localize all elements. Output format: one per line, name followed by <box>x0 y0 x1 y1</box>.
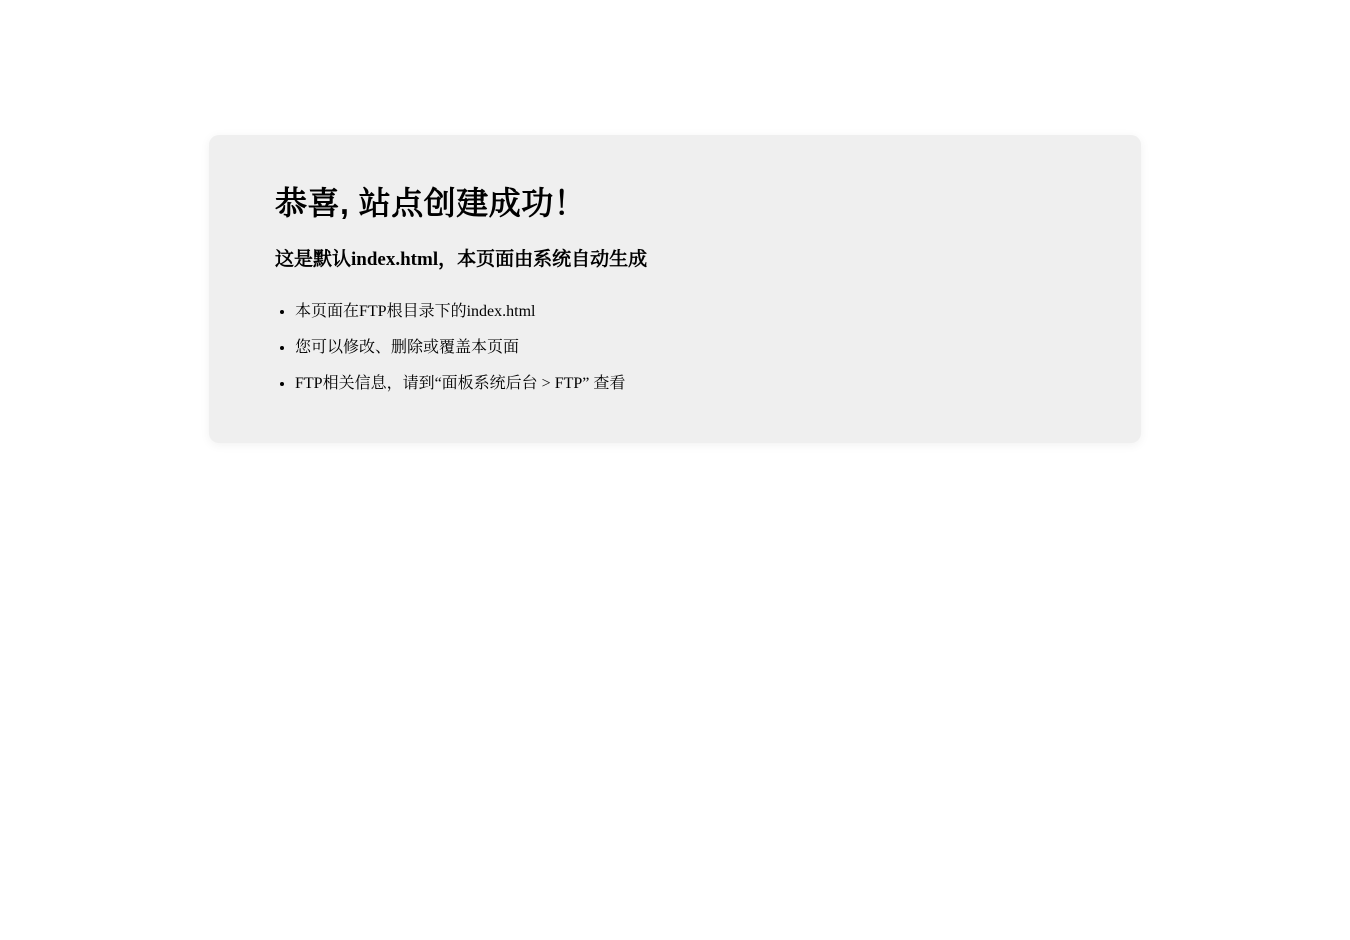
list-item: 您可以修改、删除或覆盖本页面 <box>295 338 1075 358</box>
info-bullet-list: 本页面在FTP根目录下的index.html 您可以修改、删除或覆盖本页面 FT… <box>275 302 1075 394</box>
success-subtitle: 这是默认index.html，本页面由系统自动生成 <box>275 249 1075 272</box>
success-title: 恭喜, 站点创建成功！ <box>275 185 1075 222</box>
site-created-card: 恭喜, 站点创建成功！ 这是默认index.html，本页面由系统自动生成 本页… <box>209 135 1141 443</box>
list-item: FTP相关信息，请到“面板系统后台 > FTP” 查看 <box>295 374 1075 394</box>
list-item: 本页面在FTP根目录下的index.html <box>295 302 1075 322</box>
